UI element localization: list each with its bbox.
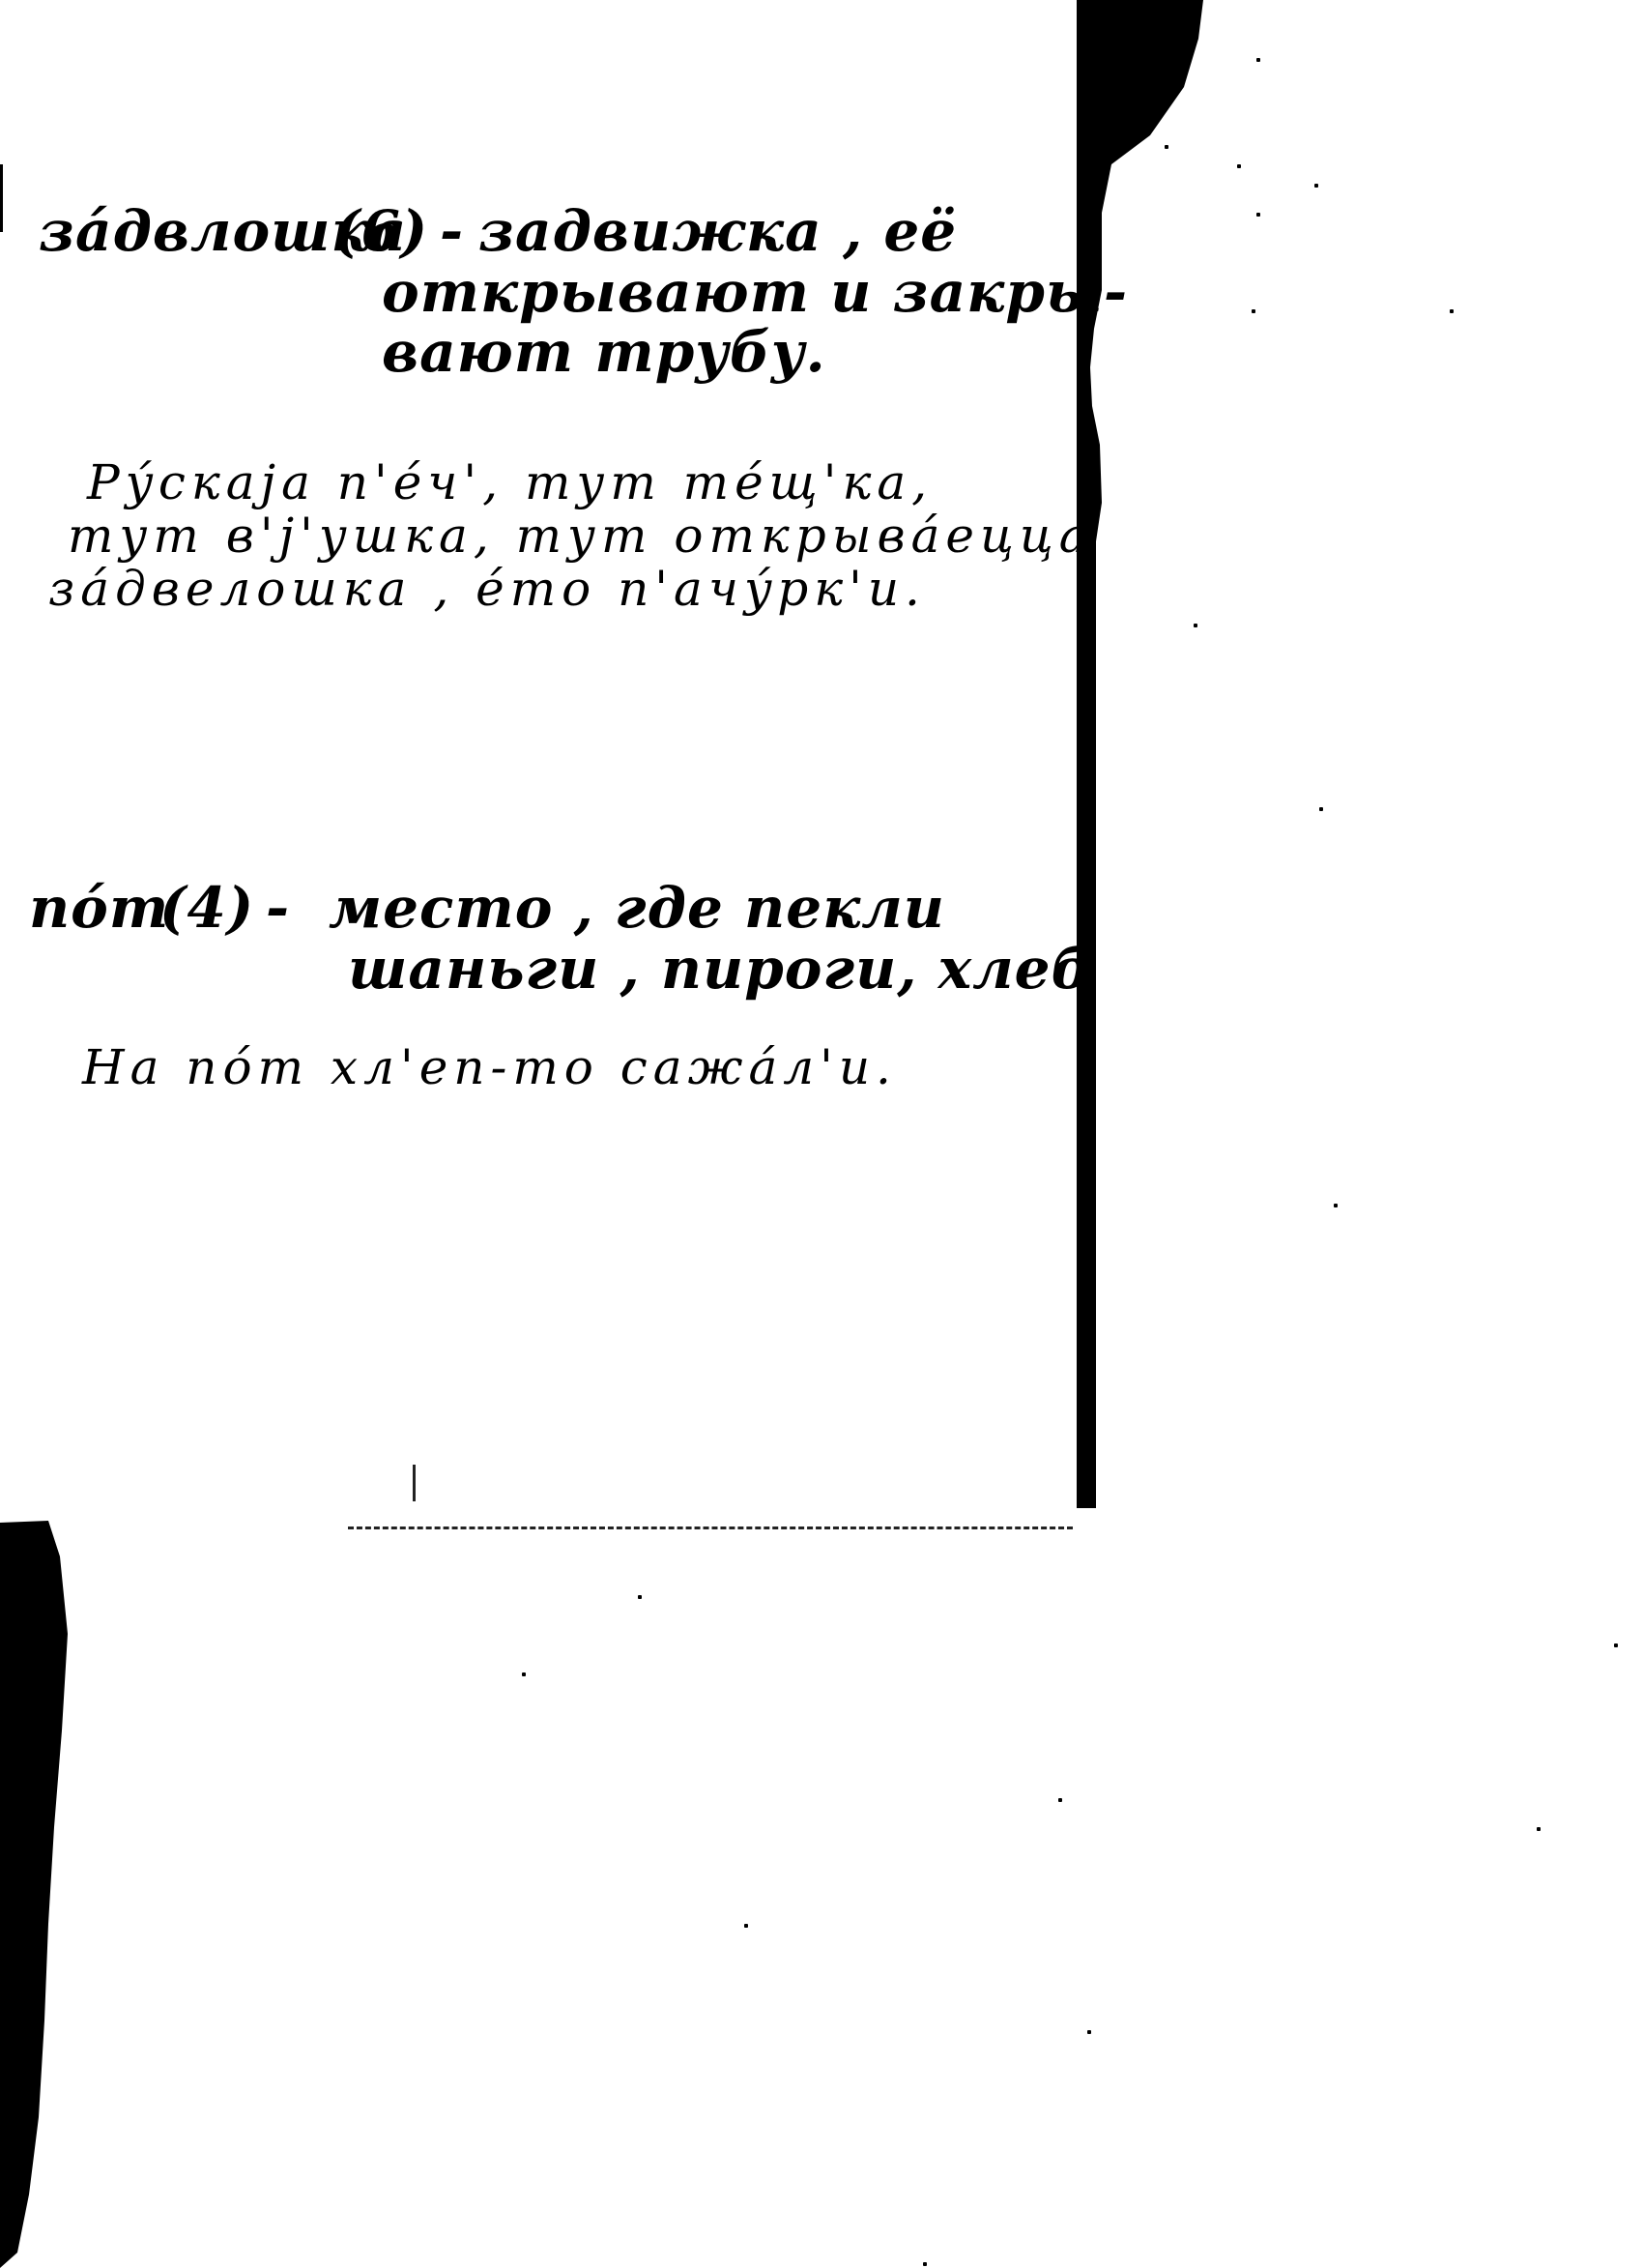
scan-shadow-right [0, 0, 1643, 2268]
scanned-page: зáдвлошка (6) - задвижка , её открывают … [0, 0, 1643, 2268]
scan-speck [1314, 184, 1318, 188]
scan-speck [1252, 309, 1255, 313]
scan-speck [522, 1672, 526, 1676]
scan-speck [1256, 213, 1260, 217]
scan-speck [1256, 58, 1260, 62]
scan-speck [1319, 807, 1323, 811]
scan-speck [1087, 2030, 1091, 2034]
scan-speck [1237, 164, 1241, 168]
scan-speck [923, 2262, 927, 2266]
scan-speck [1194, 624, 1197, 627]
scan-speck [638, 1595, 642, 1599]
scan-speck [1614, 1643, 1618, 1647]
scan-shadow-left [0, 1518, 116, 2268]
scan-speck [744, 1924, 748, 1928]
scan-speck [1165, 145, 1168, 149]
scan-speck [1334, 1204, 1338, 1207]
card-bottom-edge [348, 1527, 1073, 1529]
scan-speck [1058, 1798, 1062, 1802]
scan-speck [1450, 309, 1454, 313]
scan-speck [1537, 1827, 1541, 1831]
